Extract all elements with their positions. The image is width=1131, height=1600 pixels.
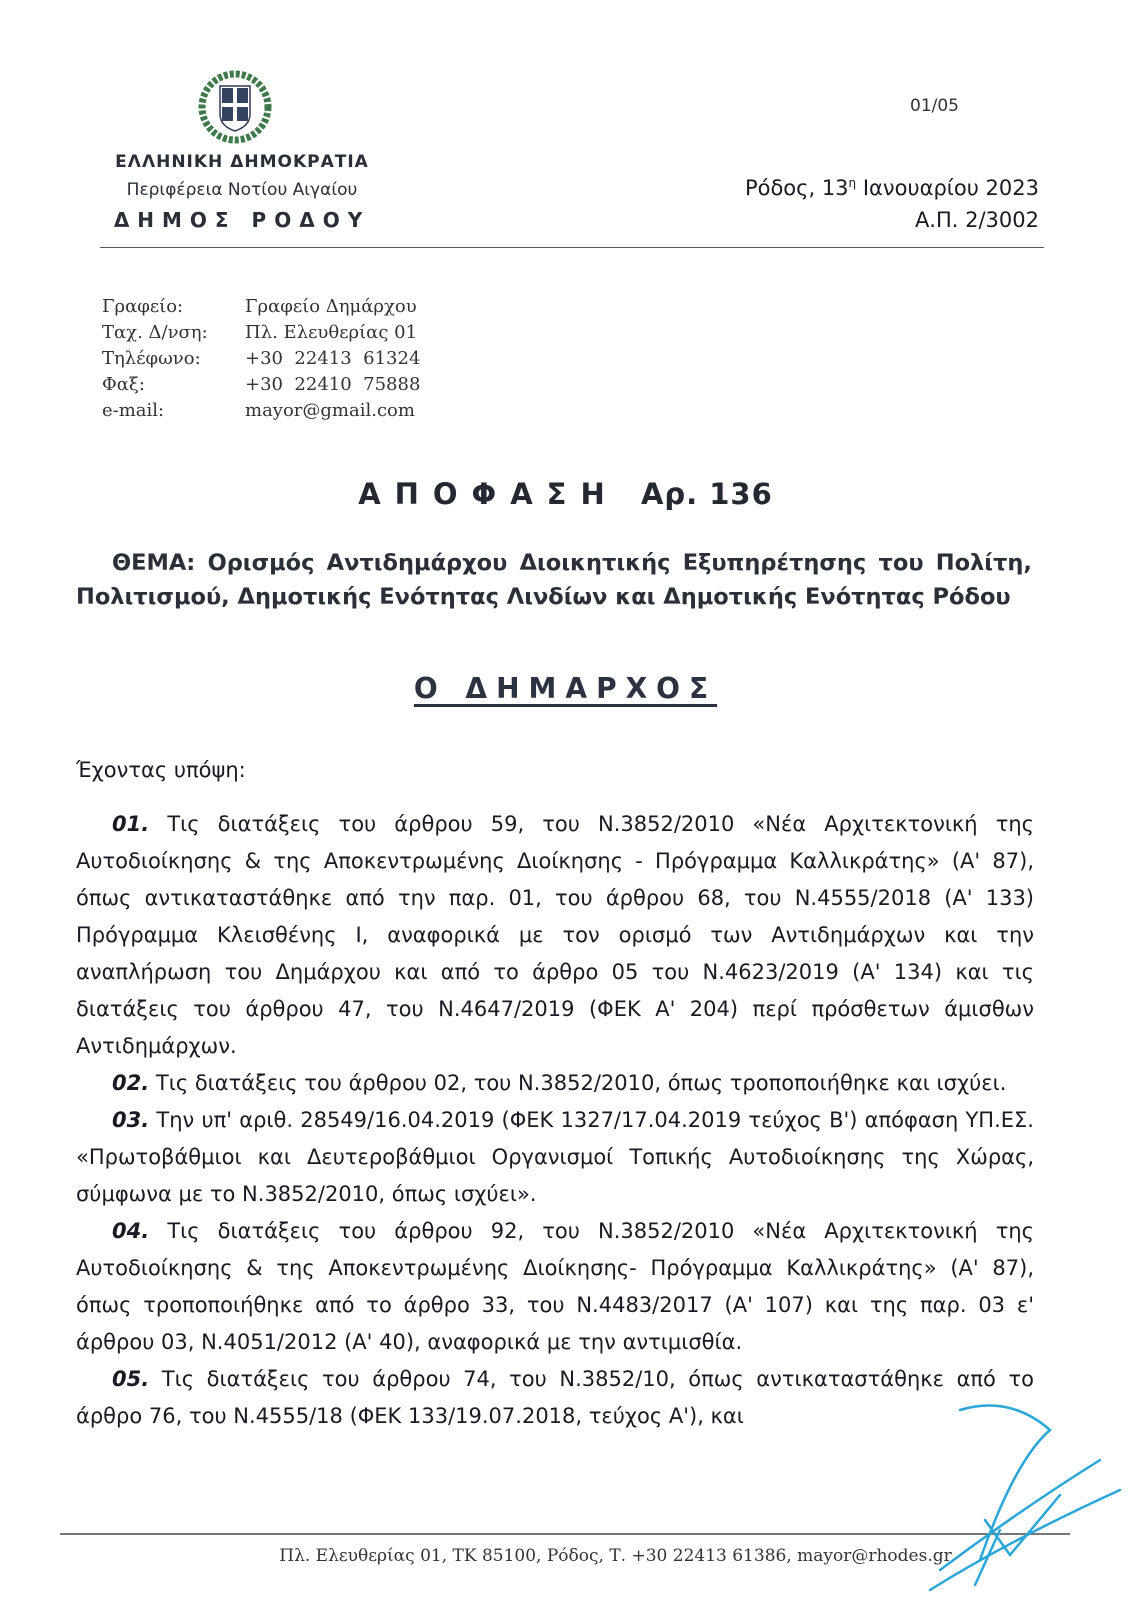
considering-label: Έχοντας υπόψη: (76, 758, 246, 782)
protocol-number: Α.Π. 2/3002 (915, 208, 1039, 232)
paragraph-number: 01. (112, 812, 149, 836)
mayor-heading-text: Ο ΔΗΜΑΡΧΟΣ (414, 672, 717, 705)
footer-text: Πλ. Ελευθερίας 01, ΤΚ 85100, Ρόδος, Τ. +… (279, 1546, 952, 1566)
document-date: Ρόδος, 13η Ιανουαρίου 2023 (745, 176, 1039, 200)
subject-text: Ορισμός Αντιδημάρχου Διοικητικής Εξυπηρέ… (76, 550, 1032, 610)
paragraph-number: 04. (112, 1219, 149, 1243)
paragraph-text: Τις διατάξεις του άρθρου 92, του Ν.3852/… (76, 1219, 1034, 1354)
header-divider (100, 247, 1044, 248)
contact-value: Πλ. Ελευθερίας 01 (245, 320, 417, 346)
paragraph: 02. Τις διατάξεις του άρθρου 02, του Ν.3… (76, 1065, 1034, 1102)
contact-label: Τηλέφωνο: (102, 346, 245, 372)
contact-row: Φαξ:+30 22410 75888 (102, 372, 420, 398)
contact-row: Ταχ. Δ/νση:Πλ. Ελευθερίας 01 (102, 320, 420, 346)
decision-title: ΑΠΟΦΑΣΗ Αρ. 136 (0, 477, 1131, 511)
contact-label: e-mail: (102, 398, 245, 424)
date-ordinal: η (849, 176, 857, 190)
contact-value: +30 22413 61324 (245, 346, 420, 372)
date-prefix: Ρόδος, 13 (745, 176, 849, 200)
subject-block: ΘΕΜΑ: Ορισμός Αντιδημάρχου Διοικητικής Ε… (76, 546, 1032, 614)
contact-value: Γραφείο Δημάρχου (245, 294, 417, 320)
contact-label: Φαξ: (102, 372, 245, 398)
decision-word: ΑΠΟΦΑΣΗ (358, 477, 619, 511)
paragraph: 04. Τις διατάξεις του άρθρου 92, του Ν.3… (76, 1213, 1034, 1361)
paragraph-text: Την υπ' αριθ. 28549/16.04.2019 (ΦΕΚ 1327… (76, 1108, 1034, 1206)
paragraph-number: 03. (112, 1108, 149, 1132)
paragraph-text: Τις διατάξεις του άρθρου 59, του Ν.3852/… (76, 812, 1034, 1058)
paragraph-number: 02. (112, 1071, 149, 1095)
municipality-name: ΔΗΜΟΣ ΡΟΔΟΥ (108, 208, 376, 232)
paragraph-text: Τις διατάξεις του άρθρου 74, του Ν.3852/… (76, 1367, 1034, 1428)
greek-coat-of-arms-icon (196, 68, 274, 146)
contact-block: Γραφείο:Γραφείο Δημάρχου Ταχ. Δ/νση:Πλ. … (102, 294, 420, 424)
contact-value: +30 22410 75888 (245, 372, 420, 398)
contact-row: e-mail:mayor@gmail.com (102, 398, 420, 424)
contact-label: Γραφείο: (102, 294, 245, 320)
subject-label: ΘΕΜΑ: (112, 550, 195, 576)
date-suffix: Ιανουαρίου 2023 (856, 176, 1039, 200)
paragraph: 03. Την υπ' αριθ. 28549/16.04.2019 (ΦΕΚ … (76, 1102, 1034, 1213)
paragraph: 01. Τις διατάξεις του άρθρου 59, του Ν.3… (76, 806, 1034, 1065)
contact-label: Ταχ. Δ/νση: (102, 320, 245, 346)
contact-row: Γραφείο:Γραφείο Δημάρχου (102, 294, 420, 320)
body-paragraphs: 01. Τις διατάξεις του άρθρου 59, του Ν.3… (76, 806, 1034, 1435)
paragraph-text: Τις διατάξεις του άρθρου 02, του Ν.3852/… (156, 1071, 1007, 1095)
contact-row: Τηλέφωνο:+30 22413 61324 (102, 346, 420, 372)
signature-icon (900, 1400, 1130, 1600)
paragraph: 05. Τις διατάξεις του άρθρου 74, του Ν.3… (76, 1361, 1034, 1435)
contact-value: mayor@gmail.com (245, 398, 415, 424)
paragraph-number: 05. (112, 1367, 149, 1391)
mayor-heading: Ο ΔΗΜΑΡΧΟΣ (0, 672, 1131, 705)
decision-number: Αρ. 136 (641, 477, 773, 511)
page-number: 01/05 (910, 96, 959, 116)
region-name: Περιφέρεια Νοτίου Αιγαίου (108, 180, 376, 200)
country-name: ΕΛΛΗΝΙΚΗ ΔΗΜΟΚΡΑΤΙΑ (108, 152, 376, 172)
